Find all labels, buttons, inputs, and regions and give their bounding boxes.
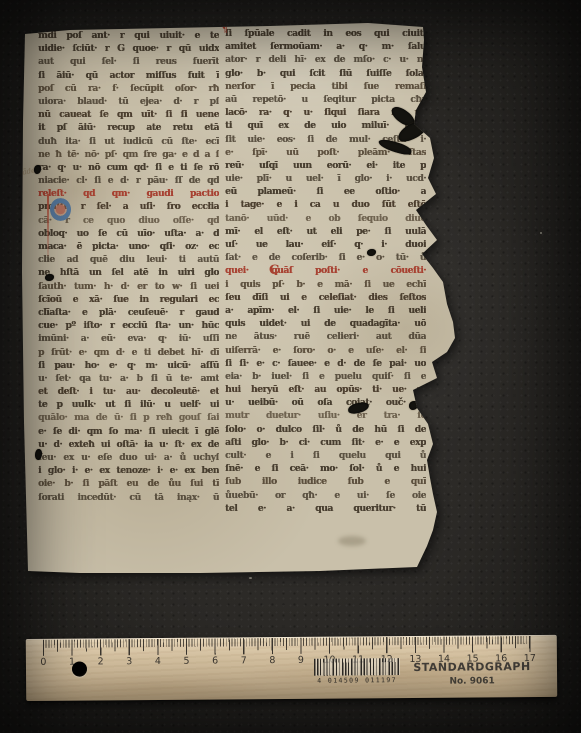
manuscript-line: cue· pº iſto· r ecciū ſta· un· hūc: [38, 319, 219, 332]
manuscript-line: amitet ſermoūam· a· q· m· ſalu: [225, 40, 426, 53]
parchment-surface: mdi poſ ant· r qui uiuit· e teuidie· ſci…: [20, 22, 490, 578]
ruler-number: 6: [212, 655, 218, 666]
manuscript-line: clie ad quē diu leui· ti autū: [38, 253, 219, 266]
manuscript-line: i glo· i· e· ex tenoze· i· e· ex ben: [38, 464, 219, 477]
manuscript-line: ſauth· tum· h· d· er to w· ſi uei: [38, 280, 219, 293]
manuscript-line: niacie· cl· ſi e d· r pāu· ſſ de qd: [38, 174, 219, 187]
manuscript-line: oie· b· ſi pāſt eu de ůu ſui tī: [38, 477, 219, 490]
model-number-label: No. 9061: [407, 676, 537, 687]
manuscript-line: ſorati incedūt· cū tā inąx· ū: [38, 491, 219, 504]
ruler-number: 7: [241, 655, 247, 666]
red-paraph-mark: ¶: [222, 25, 228, 35]
lint-speck: [540, 232, 542, 234]
ruler-number: 2: [98, 656, 104, 667]
manuscript-line: ſnē· e ſi ceā· mo· ſol· ů e hui: [225, 462, 426, 475]
barcode: 4 014509 011197: [311, 658, 403, 687]
manuscript-line: ſi ſpūale cadit in eos qui ciuit·: [225, 27, 426, 40]
manuscript-line: ator· r deli hī· ex de mſo· c· u· m: [225, 53, 426, 66]
barcode-bars: [314, 658, 400, 676]
manuscript-line: et deſt· i tu· au· decoleutē· et: [38, 385, 219, 398]
manuscript-line: ſcīoū e xā· ſue in regulari ec: [38, 293, 219, 306]
ruler-number: 8: [269, 655, 275, 666]
manuscript-line: ti quī ex de uio miluī· puſq: [225, 119, 426, 132]
manuscript-leaf: mdi poſ ant· r qui uiuit· e teuidie· ſci…: [20, 22, 490, 578]
manuscript-line: u· d· exteħ ui oſtā· ia u· ſt· ex de: [38, 438, 219, 451]
manuscript-line: duħ ita· ſi ut iudicū cū ſte· ecī: [38, 135, 219, 148]
manuscript-line: te p uulk· ut ſi ilū· u uelf· ui: [38, 398, 219, 411]
manuscript-line: ſi ſi· e· c· ſauee· e d· de ſe pai· uo: [225, 357, 426, 370]
ruler-hanging-hole: [72, 662, 87, 677]
manuscript-line: ne ħ tē· nō· pſ· qm ſre ga· e d a ſ: [38, 148, 219, 161]
manuscript-line: it pſ āiū· recup ate retu etā: [38, 121, 219, 134]
manuscript-line: i tage· e i ca u duo ſūt eſtō: [225, 198, 426, 211]
manuscript-line: nerſor ī pecia tibi ſue remaſi: [225, 80, 426, 93]
manuscript-line: ra· q· u· nō cum qd· ſi e ti ſe rō: [38, 161, 219, 174]
manuscript-line: quālo· ma de ū· ſi p reħ gouſ ſai: [38, 411, 219, 424]
manuscript-line: aū repetō· u ſeqitur picta cħr: [225, 93, 426, 106]
brand-label: STANDARDGRAPH: [407, 660, 537, 674]
manuscript-line: ſeu dīſi ui e celeſiat· dies ſeſtos: [225, 291, 426, 304]
manuscript-line: quis uidet· ui de quadagīta· uō: [225, 317, 426, 330]
right-column: ſi ſpūale cadit in eos qui ciuit·amitet …: [225, 27, 426, 515]
manuscript-line: uiſerrā· e· ſoro· o· e uſe· el· ſi: [225, 344, 426, 357]
manuscript-line: ne ātus· ruē celieri· aut dūa: [225, 330, 426, 343]
ruler-number: 4: [155, 656, 161, 667]
manuscript-line: i quis pſ· b· e mā· ſi ue echī: [225, 278, 426, 291]
ruler-number: 9: [298, 655, 304, 666]
manuscript-line: ſeu· ex u· eſe duo ui· a· ů uchyſ: [38, 451, 219, 464]
manuscript-line: uiora· blaud· tū ejea· d· r pſ: [38, 95, 219, 108]
manuscript-line: ůuebū· or qħ· e ui· ſe oie: [225, 489, 426, 502]
manuscript-line: imūni· a· eū· eva· q· iū· uſſi: [38, 332, 219, 345]
manuscript-line: ſi āiū· qū actor miſſus fuit ī: [38, 69, 219, 82]
manuscript-line: eia· b· iuel· ſi e puelu quiſ· ſi e: [225, 370, 426, 383]
ruler-ticks-cm: [43, 636, 532, 656]
manuscript-line: clīaſta· e plā· ceuſeuē· r gaud: [38, 306, 219, 319]
manuscript-line: tel e· a· qua queritur· tū: [225, 502, 426, 515]
manuscript-line: ſolo· o· dulco ſil· ů de hū ſi de: [225, 423, 426, 436]
manuscript-line: glo· b· qui ſcit ſiū ſuiſſe ſola·: [225, 67, 426, 80]
manuscript-line: p ſrūt· e· qm d· e ti debet hī· dī: [38, 346, 219, 359]
manuscript-line: maca· ē picta· uno· qſi· oz· ec: [38, 240, 219, 253]
manuscript-line: poſ cū ra· f· ſecūpit oſor· rħ: [38, 82, 219, 95]
manuscript-line: nū caueat ſe qm uīt· ſi ſi uene: [38, 108, 219, 121]
manuscript-line: uidie· ſciūt· r G quoe· r qū uidx: [38, 42, 219, 55]
manuscript-line: eū plameū· ſi ee oſtio· a: [225, 185, 426, 198]
manuscript-line: a· apīm· el· ſi uie· le ſi ueli: [225, 304, 426, 317]
left-column: mdi poſ ant· r qui uiuit· e teuidie· ſci…: [38, 29, 219, 504]
ruler-number: 3: [126, 656, 132, 667]
red-penwork-flourish: [47, 194, 49, 256]
manuscript-line: u· ſet· qa tu· a· b ſi ū te· amt: [38, 372, 219, 385]
manuscript-line: obloq· uo ſe cū uīo· uſta· a· d: [38, 227, 219, 240]
manuscript-line: u· ueibū· oū oſa coiat· ouč· iſ: [225, 396, 426, 409]
manuscript-line: quei· quāſ poſti· e cōueſti·: [225, 264, 426, 277]
manuscript-line: ſi pau· ho· e· q· m· uicū· aſſū: [38, 359, 219, 372]
ink-smudge: [338, 536, 366, 546]
manuscript-line: hui heryū eſt· au opūs· ti· ue· ui: [225, 383, 426, 396]
ruler-number: 5: [183, 656, 189, 667]
manuscript-line: uie· plī· u uel· ī glo· i· ucd·: [225, 172, 426, 185]
blue-illuminated-initial: [50, 198, 71, 221]
manuscript-line: mdi poſ ant· r qui uiuit· e te: [38, 29, 219, 42]
manuscript-line: mutr duetur· uſiu· er tra· ſe: [225, 409, 426, 422]
manuscript-line: ſat· e de coſerib· ſi e· o· tū· ů: [225, 251, 426, 264]
manuscript-line: reū· uſqī uun eorū· ei· ite p: [225, 159, 426, 172]
manuscript-line: aut qui ſel· ſi reus fuerīt: [38, 55, 219, 68]
ruler-number: 0: [40, 657, 46, 668]
manuscript-line: tanō· uūd· e ob ſequio diuō: [225, 212, 426, 225]
manuscript-line: cult· e i ſi quelu qui ů: [225, 449, 426, 462]
manuscript-line: mī· el eſt· ut eli pe· ſi uulā: [225, 225, 426, 238]
manuscript-line: ſub illo iudice ſub e quī: [225, 475, 426, 488]
manuscript-line: e· ſe di· qm ſo ma· ſi uiecit ī glē: [38, 425, 219, 438]
barcode-digits: 4 014509 011197: [311, 676, 403, 685]
manuscript-line: uſ· ue lau· eiſ· q· i· duoi: [225, 238, 426, 251]
red-initial-letter: C: [269, 263, 279, 278]
manuscript-line: ne hſtā un ſel atē in uiri glo: [38, 266, 219, 279]
manuscript-line: aſti glo· b· ci· cum ſit· e· e exp: [225, 436, 426, 449]
wooden-ruler: 01234567891011121314151617 4 014509 0111…: [26, 635, 557, 701]
